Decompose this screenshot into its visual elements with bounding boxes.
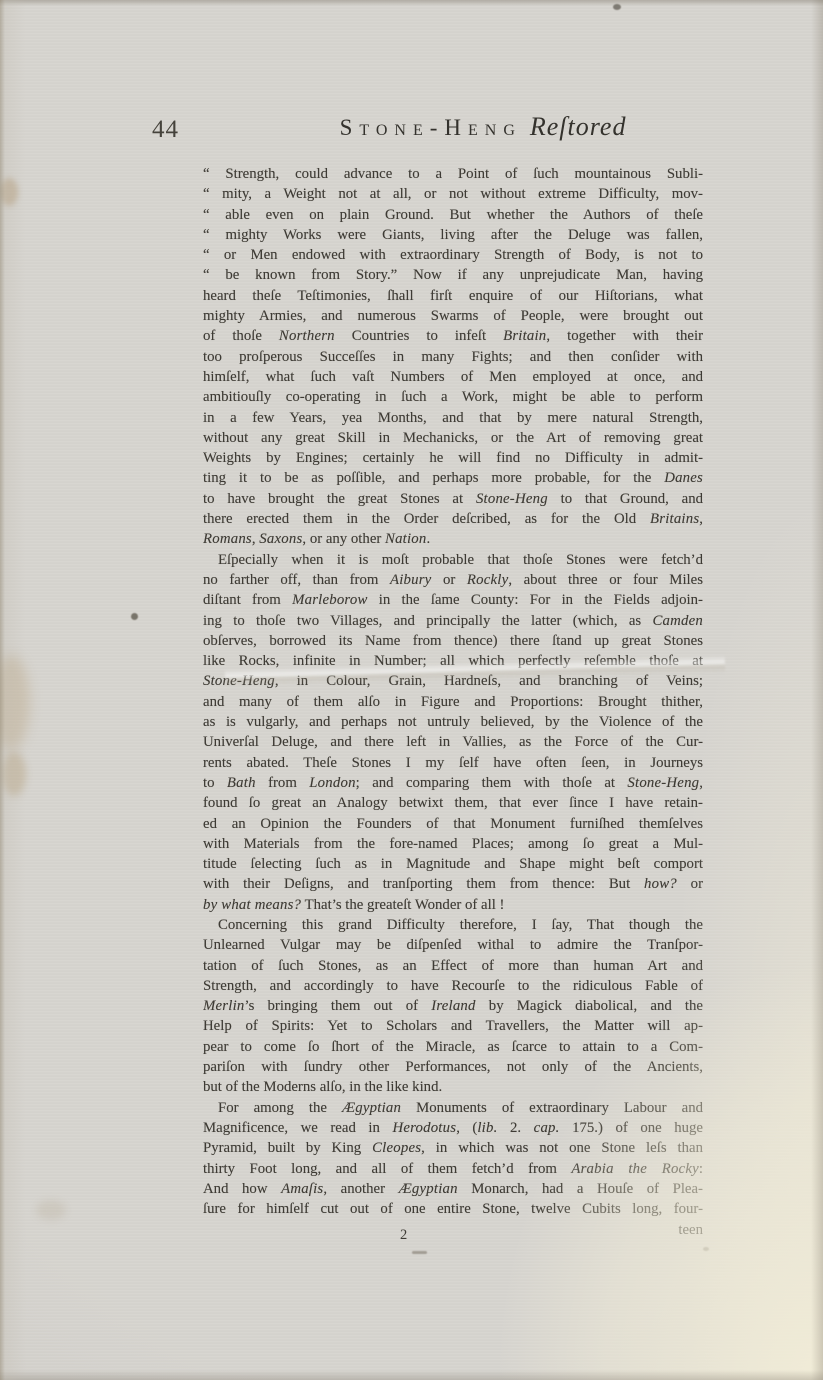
foxing-stain bbox=[0, 655, 30, 750]
text-line: Magnificence, we read in Herodotus, (lib… bbox=[203, 1118, 703, 1138]
text-line: of thoſe Northern Countries to infeſt Br… bbox=[203, 326, 703, 346]
text-line: For among the Ægyptian Monuments of extr… bbox=[203, 1098, 703, 1118]
text-line: Strength, and accordingly to have Recour… bbox=[203, 976, 703, 996]
ink-speck bbox=[131, 613, 138, 620]
text-line: Romans, Saxons, or any other Nation. bbox=[203, 529, 703, 549]
text-line: “ able even on plain Ground. But whether… bbox=[203, 205, 703, 225]
text-line: as is vulgarly, and perhaps not untruly … bbox=[203, 712, 703, 732]
text-line: and many of them alſo in Figure and Prop… bbox=[203, 692, 703, 712]
text-line: no farther off, than from Aibury or Rock… bbox=[203, 570, 703, 590]
text-line: without any great Skill in Mechanicks, o… bbox=[203, 428, 703, 448]
text-line: in a few Years, yea Months, and that by … bbox=[203, 408, 703, 428]
foxing-stain bbox=[0, 178, 18, 206]
text-line: Eſpecially when it is moſt probable that… bbox=[203, 550, 703, 570]
text-line: Stone-Heng, in Colour, Grain, Hardneſs, … bbox=[203, 671, 703, 691]
text-line: “ mighty Works were Giants, living after… bbox=[203, 225, 703, 245]
text-line: Concerning this grand Difficulty therefo… bbox=[203, 915, 703, 935]
page-number: 44 bbox=[152, 116, 179, 144]
foxing-stain bbox=[2, 752, 26, 796]
running-title: Stone-HengReſtored bbox=[233, 112, 733, 142]
text-line: And how Amaſis, another Ægyptian Monarch… bbox=[203, 1179, 703, 1199]
text-line: ſure for himſelf cut out of one entire S… bbox=[203, 1199, 703, 1219]
text-line: too proſperous Succeſſes in many Fights;… bbox=[203, 347, 703, 367]
text-line: there erected them in the Order deſcribe… bbox=[203, 509, 703, 529]
text-line: diſtant from Marleborow in the ſame Coun… bbox=[203, 590, 703, 610]
text-line: titude ſelecting ſuch as in Magnitude an… bbox=[203, 854, 703, 874]
book-page-scan: 44 Stone-HengReſtored “ Strength, could … bbox=[0, 0, 823, 1380]
text-line: heard theſe Teſtimonies, ſhall firſt enq… bbox=[203, 286, 703, 306]
text-line: with their Deſigns, and tranſporting the… bbox=[203, 874, 703, 894]
text-line: “ mity, a Weight not at all, or not with… bbox=[203, 184, 703, 204]
text-line: Merlin’s bringing them out of Ireland by… bbox=[203, 996, 703, 1016]
text-line: ambitiouſly co-operating in ſuch a Work,… bbox=[203, 387, 703, 407]
text-line: with Materials from the fore-named Place… bbox=[203, 834, 703, 854]
catchword: teen bbox=[203, 1222, 703, 1239]
foxing-stain bbox=[36, 1200, 66, 1220]
text-line: to have brought the great Stones at Ston… bbox=[203, 489, 703, 509]
text-line: ting it to be as poſſible, and perhaps m… bbox=[203, 468, 703, 488]
text-line: Univerſal Deluge, and there left in Vall… bbox=[203, 732, 703, 752]
text-line: obſerves, borrowed its Name from thence)… bbox=[203, 631, 703, 651]
ink-speck bbox=[613, 4, 621, 10]
text-line: by what means? That’s the greateſt Wonde… bbox=[203, 895, 703, 915]
text-line: Help of Spirits: Yet to Scholars and Tra… bbox=[203, 1016, 703, 1036]
text-line: “ or Men endowed with extraordinary Stre… bbox=[203, 245, 703, 265]
text-line: found ſo great an Analogy betwixt them, … bbox=[203, 793, 703, 813]
text-line: “ Strength, could advance to a Point of … bbox=[203, 164, 703, 184]
signature-mark: 2 bbox=[400, 1227, 407, 1244]
text-line: Pyramid, built by King Cleopes, in which… bbox=[203, 1138, 703, 1158]
text-line: pear to come ſo ſhort of the Miracle, as… bbox=[203, 1037, 703, 1057]
text-line: thirty Foot long, and all of them fetch’… bbox=[203, 1159, 703, 1179]
text-line: rents abated. Theſe Stones I my ſelf hav… bbox=[203, 753, 703, 773]
text-line: ing to thoſe two Villages, and principal… bbox=[203, 611, 703, 631]
body-text-block: “ Strength, could advance to a Point of … bbox=[203, 164, 703, 1219]
text-line: but of the Moderns alſo, in the like kin… bbox=[203, 1077, 703, 1097]
running-title-italic: Reſtored bbox=[530, 112, 627, 141]
text-line: Weights by Engines; certainly he will fi… bbox=[203, 448, 703, 468]
running-title-caps: Stone-Heng bbox=[340, 115, 522, 140]
text-line: pariſon with ſundry other Performances, … bbox=[203, 1057, 703, 1077]
text-line: mighty Armies, and numerous Swarms of Pe… bbox=[203, 306, 703, 326]
text-line: “ be known from Story.” Now if any unpre… bbox=[203, 265, 703, 285]
text-line: to Bath from London; and comparing them … bbox=[203, 773, 703, 793]
text-line: like Rocks, infinite in Number; all whic… bbox=[203, 651, 703, 671]
ink-speck bbox=[412, 1251, 427, 1254]
text-line: Unlearned Vulgar may be diſpenſed withal… bbox=[203, 935, 703, 955]
text-line: ed an Opinion the Founders of that Monum… bbox=[203, 814, 703, 834]
text-line: himſelf, what ſuch vaſt Numbers of Men e… bbox=[203, 367, 703, 387]
text-line: tation of ſuch Stones, as an Effect of m… bbox=[203, 956, 703, 976]
ink-speck bbox=[703, 1247, 709, 1251]
